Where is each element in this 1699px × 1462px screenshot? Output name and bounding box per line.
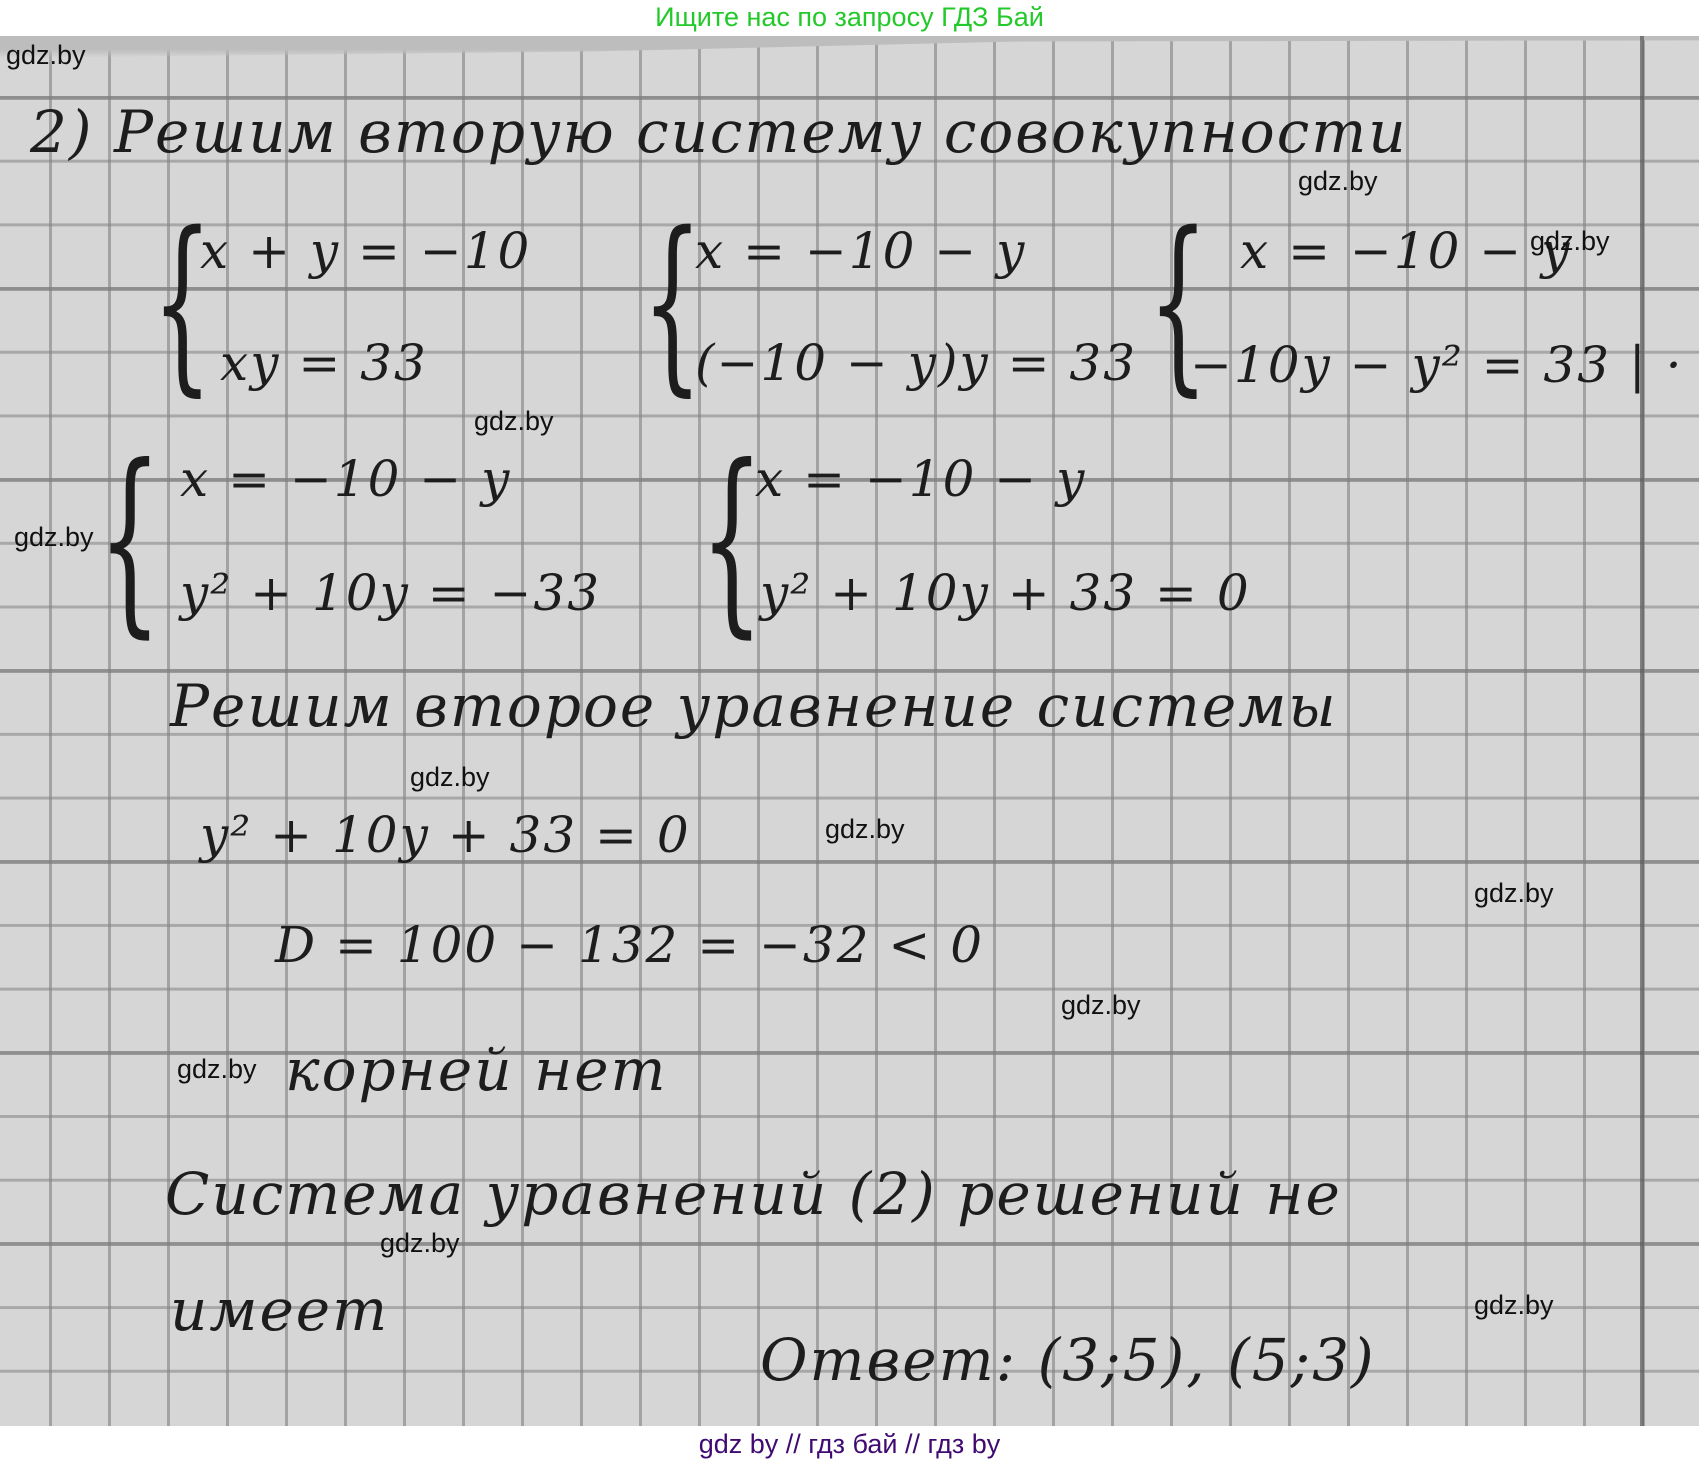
watermark: gdz.by	[177, 1054, 257, 1085]
watermark: gdz.by	[410, 762, 490, 793]
watermark: gdz.by	[1530, 226, 1610, 257]
system-3-eq-2: −10y − y² = 33 | · (−1)	[1190, 336, 1699, 394]
watermark: gdz.by	[380, 1228, 460, 1259]
system-4-eq-1: x = −10 − y	[180, 450, 511, 508]
system-5-eq-2: y² + 10y + 33 = 0	[760, 564, 1251, 622]
watermark: gdz.by	[1474, 878, 1554, 909]
system-1-eq-2: xy = 33	[220, 334, 428, 392]
watermark: gdz.by	[1474, 1290, 1554, 1321]
system-2-eq-1: x = −10 − y	[695, 222, 1026, 280]
discriminant: D = 100 − 132 = −32 < 0	[275, 916, 984, 974]
scan-shadow	[0, 36, 1699, 58]
conclusion-line-2: имеет	[170, 1276, 389, 1344]
quadratic-equation: y² + 10y + 33 = 0	[200, 806, 691, 864]
watermark: gdz.by	[1298, 166, 1378, 197]
system-5-eq-1: x = −10 − y	[755, 450, 1086, 508]
system-4-eq-2: y² + 10y = −33	[180, 564, 601, 622]
watermark: gdz.by	[474, 406, 554, 437]
conclusion-line-1: Система уравнений (2) решений не	[165, 1160, 1342, 1228]
system-3-eq-1: x = −10 − y	[1240, 222, 1571, 280]
watermark: gdz.by	[14, 522, 94, 553]
watermark: gdz.by	[825, 814, 905, 845]
watermark: gdz.by	[6, 40, 86, 71]
notebook-page: 2) Решим вторую систему совокупности { x…	[0, 36, 1699, 1426]
bottom-banner: gdz by // гдз бай // гдз by	[0, 1426, 1699, 1462]
answer: Ответ: (3;5), (5;3)	[760, 1326, 1376, 1394]
system-brace: {	[642, 208, 702, 398]
watermark: gdz.by	[1061, 990, 1141, 1021]
system-1-eq-1: x + y = −10	[200, 222, 531, 280]
system-brace: {	[98, 440, 162, 640]
solution-heading: 2) Решим вторую систему совокупности	[30, 98, 1408, 166]
step-text: Решим второе уравнение системы	[170, 672, 1338, 740]
no-roots-text: корней нет	[285, 1036, 668, 1104]
system-2-eq-2: (−10 − y)y = 33	[695, 334, 1137, 392]
margin-line	[1640, 36, 1644, 1426]
top-banner: Ищите нас по запросу ГДЗ Бай	[0, 0, 1699, 36]
